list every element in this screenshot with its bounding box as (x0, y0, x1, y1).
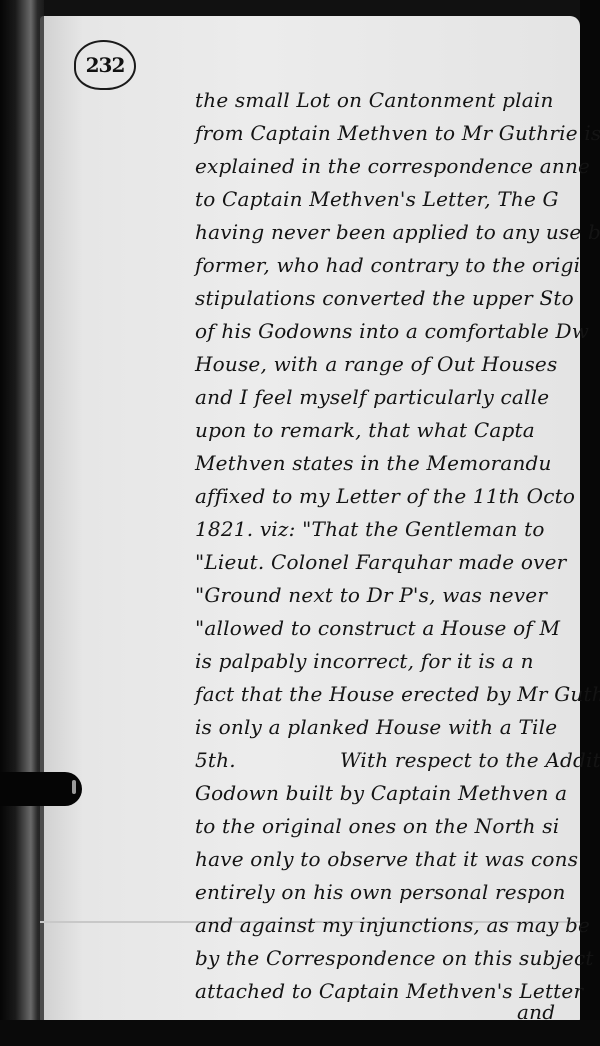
text-line: by the Correspondence on this subject (195, 946, 594, 970)
text-line: is only a planked House with a Tile (195, 715, 557, 739)
text-line: stipulations converted the upper Sto (195, 286, 574, 310)
text-line: entirely on his own personal respon (195, 880, 566, 904)
text-line: Methven states in the Memorandu (195, 451, 552, 475)
text-line: fact that the House erected by Mr Guth (195, 682, 600, 706)
folio-number: 232 (74, 40, 136, 90)
text-line: and I feel myself particularly calle (195, 385, 549, 409)
text-line: Godown built by Captain Methven a (195, 781, 567, 805)
text-line: to Captain Methven's Letter, The G (195, 187, 559, 211)
text-line: former, who had contrary to the origi (195, 253, 580, 277)
text-line: and against my injunctions, as may be (195, 913, 590, 937)
text-line: to the original ones on the North si (195, 814, 559, 838)
book-binding (0, 0, 44, 1046)
binding-clip (0, 772, 82, 806)
text-line: "Lieut. Colonel Farquhar made over (195, 550, 566, 574)
scan-bottom-edge (0, 1020, 600, 1046)
text-line: from Captain Methven to Mr Guthrie is (195, 121, 600, 145)
text-line: upon to remark, that what Capta (195, 418, 535, 442)
text-line: have only to observe that it was cons (195, 847, 578, 871)
text-line: the small Lot on Cantonment plain (195, 88, 554, 112)
text-line: With respect to the Addition (340, 748, 600, 772)
text-line: "allowed to construct a House of M (195, 616, 560, 640)
text-line: House, with a range of Out Houses (195, 352, 557, 376)
text-line: 5th. (195, 748, 236, 772)
text-line: 1821. viz: "That the Gentleman to (195, 517, 545, 541)
text-line: is palpably incorrect, for it is a n (195, 649, 534, 673)
text-line: explained in the correspondence anne (195, 154, 590, 178)
text-line: "Ground next to Dr P's, was never (195, 583, 547, 607)
text-line: affixed to my Letter of the 11th Octo (195, 484, 575, 508)
text-line: having never been applied to any use b (195, 220, 600, 244)
text-line: of his Godowns into a comfortable Dw (195, 319, 589, 343)
